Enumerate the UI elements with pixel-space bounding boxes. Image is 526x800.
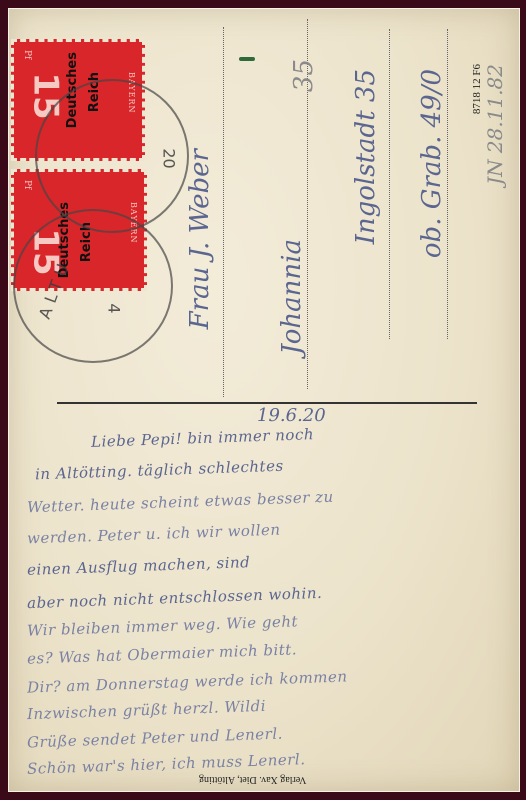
pencil-note: JN 28.11.82 [483, 64, 507, 185]
address-recipient: Frau J. Weber [185, 149, 215, 329]
postcard-back: 15 Pf BAYERN Deutsches Reich 15 Pf BAYER… [8, 8, 520, 792]
address-street: ob. Grab. 49/0 [417, 69, 447, 258]
message-line: in Altötting. täglich schlechtes [35, 457, 284, 484]
message-line: Dir? am Donnerstag werde ich kommen [27, 667, 348, 696]
publisher-imprint: Verlag Xav. Diet, Altötting [199, 774, 306, 785]
stamp-unit: Pf [22, 50, 32, 59]
postmark-date: 4 [105, 303, 124, 313]
message-line: einen Ausflug machen, sind [27, 553, 251, 579]
message-line: Grüße sendet Peter und Lenerl. [27, 725, 283, 752]
message-line: es? Was hat Obermaier mich bitt. [27, 640, 298, 667]
postmark-circle-2 [13, 209, 173, 363]
printer-code: 8718 12 F6 [471, 64, 483, 114]
message-line: Inzwischen grüßt herzl. Wildi [27, 697, 267, 723]
message-line: werden. Peter u. ich wir wollen [27, 521, 281, 548]
message-line: Liebe Pepi! bin immer noch [91, 425, 315, 451]
postmark-year: 20 [160, 148, 179, 168]
ink-mark [239, 57, 255, 61]
address-line2: Johannia [277, 239, 307, 355]
message-line: aber noch nicht entschlossen wohin. [27, 584, 323, 612]
address-divider [223, 27, 224, 397]
address-city: Ingolstadt 35 [351, 69, 381, 244]
message-date: 19.6.20 [257, 405, 326, 426]
pencil-number: 35 [289, 59, 319, 92]
address-line-3 [447, 29, 448, 339]
address-line-2 [389, 29, 390, 339]
stamp-unit: Pf [22, 180, 32, 189]
message-line: Wetter. heute scheint etwas besser zu [27, 488, 334, 517]
message-line: Wir bleiben immer weg. Wie geht [27, 612, 299, 639]
divider-line [57, 402, 477, 404]
